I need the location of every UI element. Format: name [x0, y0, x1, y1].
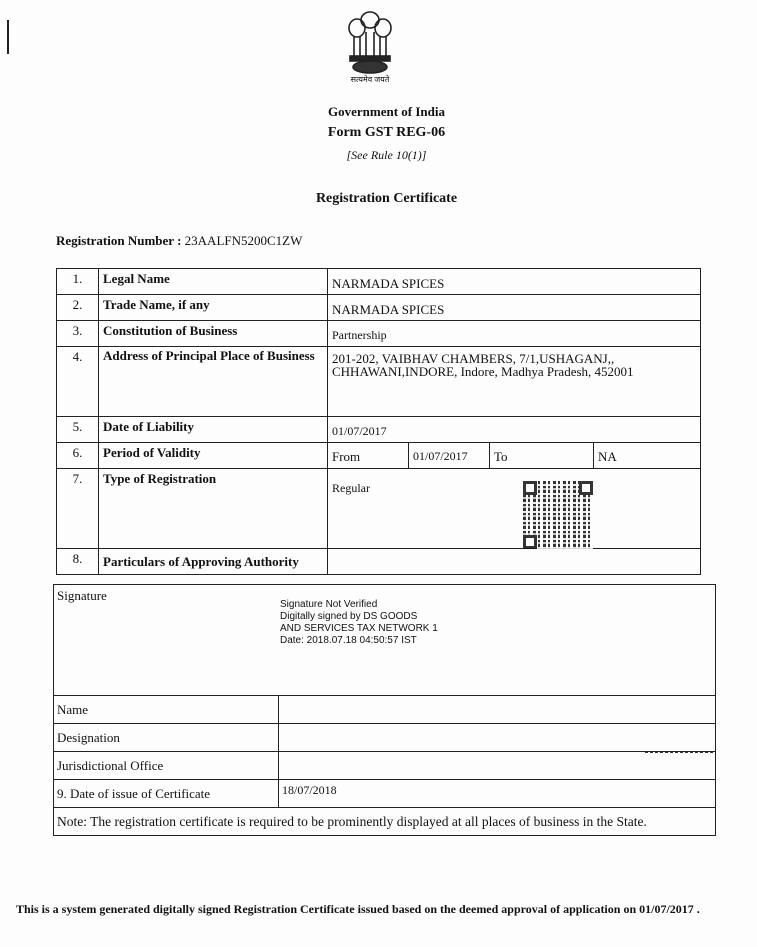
government-heading: Government of India: [8, 104, 757, 120]
registration-details-table: 1. Legal Name NARMADA SPICES 2. Trade Na…: [56, 268, 701, 575]
address-line-2: CHHAWANI,INDORE, Indore, Madhya Pradesh,…: [332, 365, 696, 378]
form-heading: Form GST REG-06: [8, 125, 757, 141]
signature-row: Signature Signature Not Verified Digital…: [54, 585, 716, 696]
signature-cell: Signature Signature Not Verified Digital…: [54, 585, 716, 696]
legal-name-value: NARMADA SPICES: [328, 269, 701, 295]
table-row: 3. Constitution of Business Partnership: [57, 321, 701, 347]
page-edge-mark: [7, 20, 9, 54]
authority-designation-value: [279, 724, 716, 752]
row-number: 6.: [57, 443, 99, 469]
row-number: 8.: [57, 549, 99, 575]
jurisdictional-office-label: Jurisdictional Office: [54, 752, 279, 780]
rule-reference: [See Rule 10(1)]: [8, 148, 757, 163]
row-number: 3.: [57, 321, 99, 347]
table-row: 6. Period of Validity From 01/07/2017 To…: [57, 443, 701, 469]
registration-type-value: Regular: [328, 469, 701, 549]
footer-statement: This is a system generated digitally sig…: [16, 902, 700, 917]
table-row: 2. Trade Name, if any NARMADA SPICES: [57, 295, 701, 321]
issue-date-label: 9. Date of issue of Certificate: [54, 780, 279, 808]
authority-designation-label: Designation: [54, 724, 279, 752]
table-row: Name: [54, 696, 716, 724]
row-label: Address of Principal Place of Business: [99, 347, 328, 417]
emblem-motto: सत्यमेव जयते: [340, 74, 400, 85]
trade-name-value: NARMADA SPICES: [328, 295, 701, 321]
validity-to-label: To: [490, 443, 594, 469]
row-label: Date of Liability: [99, 417, 328, 443]
validity-from-label: From: [328, 443, 409, 469]
table-row: 1. Legal Name NARMADA SPICES: [57, 269, 701, 295]
constitution-value: Partnership: [328, 321, 701, 347]
signature-signer-line-2: AND SERVICES TAX NETWORK 1: [280, 623, 438, 635]
date-of-liability-value: 01/07/2017: [328, 417, 701, 443]
qr-code-icon: [523, 481, 593, 549]
row-label: Legal Name: [99, 269, 328, 295]
signature-date: Date: 2018.07.18 04:50:57 IST: [280, 635, 438, 647]
row-number: 7.: [57, 469, 99, 549]
address-value: 201-202, VAIBHAV CHAMBERS, 7/1,USHAGANJ,…: [328, 347, 701, 417]
validity-from-value: 01/07/2017: [409, 443, 490, 469]
jurisdictional-office-value: [279, 752, 716, 780]
table-row: 8. Particulars of Approving Authority: [57, 549, 701, 575]
table-row: 9. Date of issue of Certificate 18/07/20…: [54, 780, 716, 808]
digital-signature-block: Signature Not Verified Digitally signed …: [280, 599, 438, 647]
authority-name-value: [279, 696, 716, 724]
row-number: 5.: [57, 417, 99, 443]
authority-name-label: Name: [54, 696, 279, 724]
table-row: Designation: [54, 724, 716, 752]
table-row: Jurisdictional Office: [54, 752, 716, 780]
row-label: Type of Registration: [99, 469, 328, 549]
row-label: Period of Validity: [99, 443, 328, 469]
row-number: 2.: [57, 295, 99, 321]
row-label: Constitution of Business: [99, 321, 328, 347]
stray-dash-mark: [645, 752, 713, 753]
authority-table: Signature Signature Not Verified Digital…: [53, 584, 716, 836]
certificate-title: Registration Certificate: [8, 191, 757, 207]
registration-number-label: Registration Number :: [56, 233, 181, 248]
row-number: 1.: [57, 269, 99, 295]
note-row: Note: The registration certificate is re…: [54, 808, 716, 836]
registration-number-value: 23AALFN5200C1ZW: [185, 233, 303, 248]
row-number: 4.: [57, 347, 99, 417]
row-label: Trade Name, if any: [99, 295, 328, 321]
signature-label: Signature: [57, 588, 107, 603]
registration-number: Registration Number : 23AALFN5200C1ZW: [56, 233, 302, 249]
signature-signer-line: Digitally signed by DS GOODS: [280, 611, 438, 623]
signature-status: Signature Not Verified: [280, 599, 438, 611]
table-row: 5. Date of Liability 01/07/2017: [57, 417, 701, 443]
approving-authority-value: [328, 549, 701, 575]
display-note: Note: The registration certificate is re…: [54, 808, 716, 836]
validity-to-value: NA: [594, 443, 701, 469]
table-row: 7. Type of Registration Regular: [57, 469, 701, 549]
row-label: Particulars of Approving Authority: [99, 549, 328, 575]
issue-date-value: 18/07/2018: [279, 780, 716, 808]
table-row: 4. Address of Principal Place of Busines…: [57, 347, 701, 417]
